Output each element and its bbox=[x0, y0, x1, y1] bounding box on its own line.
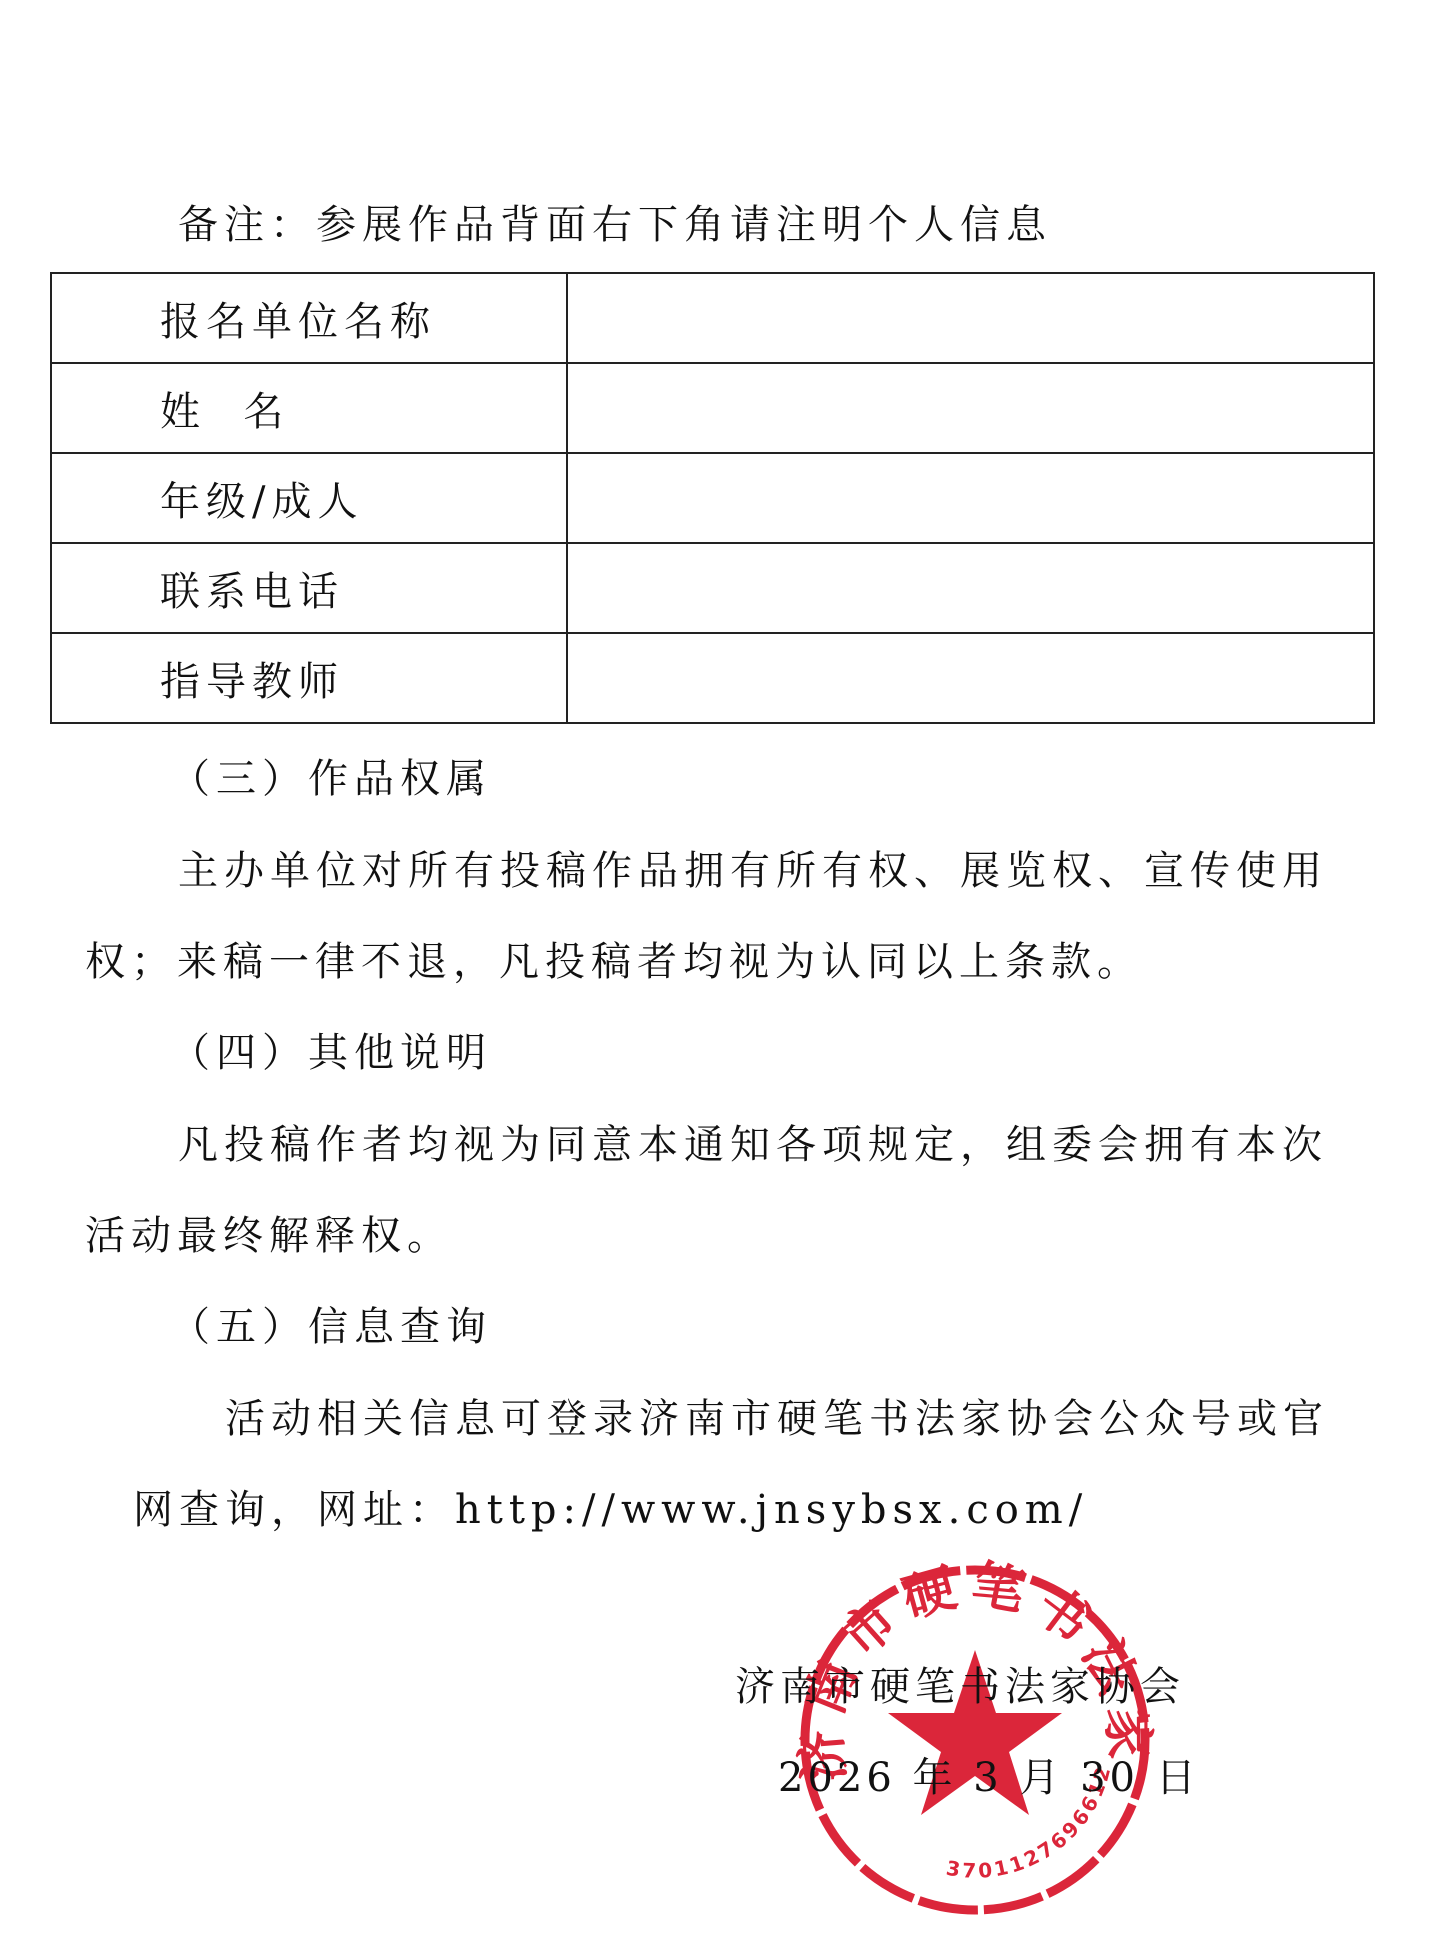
website-line: 网查询，网址：http://www.jnsybsx.com/ bbox=[133, 1486, 1088, 1534]
section-heading-ownership: （三）作品权属 bbox=[170, 755, 492, 803]
table-row: 联系电话 bbox=[51, 543, 1374, 633]
row-value-unit[interactable] bbox=[567, 273, 1374, 363]
row-label-name: 姓 名 bbox=[51, 363, 567, 453]
table-row: 指导教师 bbox=[51, 633, 1374, 723]
table-row: 姓 名 bbox=[51, 363, 1374, 453]
row-label-grade: 年级/成人 bbox=[51, 453, 567, 543]
table-row: 年级/成人 bbox=[51, 453, 1374, 543]
signature-organization: 济南市硬笔书法家协会 bbox=[735, 1663, 1185, 1711]
note-text: 备注：参展作品背面右下角请注明个人信息 bbox=[178, 201, 1052, 249]
section-paragraph-line: 凡投稿作者均视为同意本通知各项规定，组委会拥有本次 bbox=[178, 1121, 1328, 1169]
section-paragraph-line: 权；来稿一律不退，凡投稿者均视为认同以上条款。 bbox=[85, 938, 1143, 986]
official-seal-stamp: 济南市硬笔书法家协会 3701127696612 bbox=[790, 1555, 1160, 1925]
table-row: 报名单位名称 bbox=[51, 273, 1374, 363]
row-value-phone[interactable] bbox=[567, 543, 1374, 633]
row-label-teacher: 指导教师 bbox=[51, 633, 567, 723]
signature-date: 2026 年 3 月 30 日 bbox=[778, 1754, 1200, 1802]
registration-form-table: 报名单位名称 姓 名 年级/成人 联系电话 指导教师 bbox=[50, 272, 1375, 724]
section-heading-query: （五）信息查询 bbox=[170, 1303, 492, 1351]
section-paragraph-line: 主办单位对所有投稿作品拥有所有权、展览权、宣传使用 bbox=[178, 847, 1328, 895]
section-paragraph-line: 活动最终解释权。 bbox=[85, 1212, 453, 1260]
section-paragraph-line: 活动相关信息可登录济南市硬笔书法家协会公众号或官 bbox=[225, 1395, 1329, 1443]
row-value-name[interactable] bbox=[567, 363, 1374, 453]
row-value-teacher[interactable] bbox=[567, 633, 1374, 723]
row-label-unit: 报名单位名称 bbox=[51, 273, 567, 363]
row-label-phone: 联系电话 bbox=[51, 543, 567, 633]
section-heading-other: （四）其他说明 bbox=[170, 1029, 492, 1077]
row-value-grade[interactable] bbox=[567, 453, 1374, 543]
